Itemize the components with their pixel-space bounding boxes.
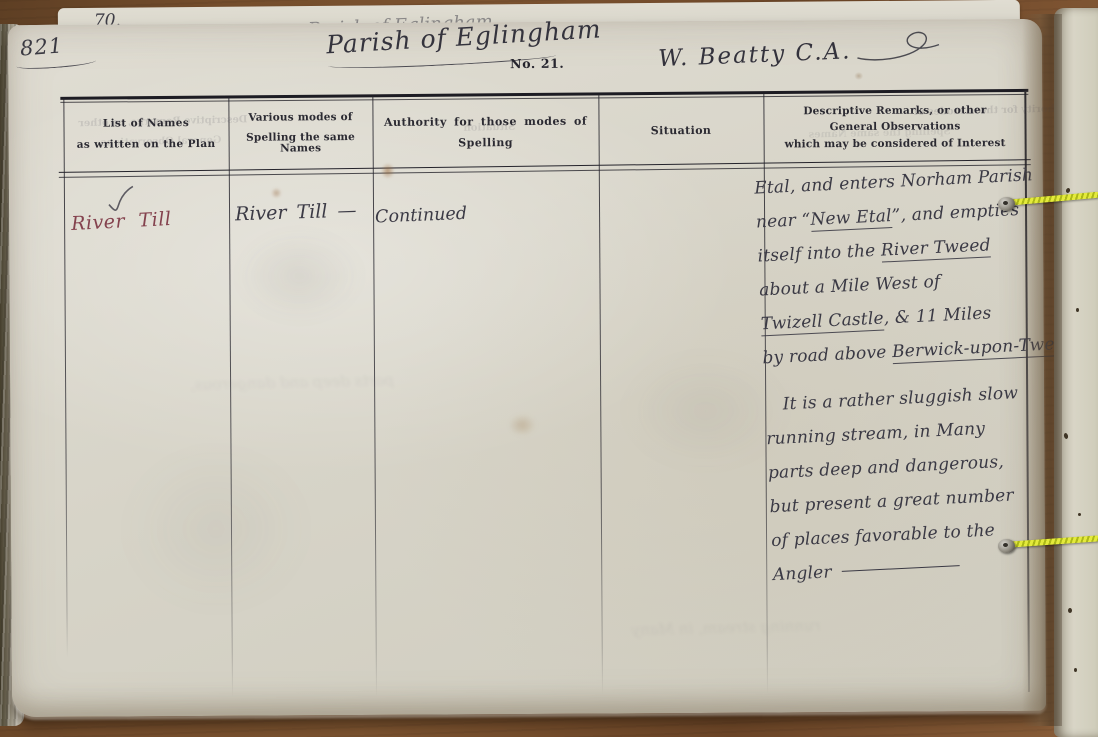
document-page: 821 Parish of Eglingham No. 21. W. Beatt… [8, 19, 1046, 717]
facing-page-edge [1054, 8, 1098, 737]
remarks-underlined-place: New Etal [810, 206, 892, 232]
remarks-underlined-place: Twizell Castle [760, 309, 884, 337]
paper-speck [1063, 433, 1068, 440]
bleedthrough-writing: running stream, in Many [631, 617, 820, 639]
row-spelling: River Till — [235, 199, 357, 225]
remarks-text: , & 11 Miles [883, 303, 992, 328]
descriptive-remarks: Etal, and enters Norham Parish near “New… [754, 164, 1074, 599]
remarks-underlined-place: River Tweed [880, 235, 991, 262]
name-book-photo: 82 70. Parish of Eglingham 821 Parish of… [0, 0, 1098, 737]
column-header-remarks: Descriptive Remarks, or other General Ob… [763, 93, 1026, 163]
row-name-on-plan: River Till [71, 208, 172, 235]
column-header-authority-line2: Spelling [458, 137, 513, 149]
surveyor-signature-text: W. Beatty C.A. [658, 38, 852, 72]
foxing-dot [854, 72, 863, 80]
column-header-names-line1: List of Names [103, 119, 189, 131]
column-divider-1 [228, 97, 233, 697]
bleedthrough-writing: parts deep and dangerous, [190, 371, 394, 394]
remarks-text: Angler [772, 562, 832, 585]
column-header-names: List of Names as written on the Plan [63, 100, 228, 169]
paper-speck [1078, 513, 1081, 516]
table-left-rule [63, 98, 68, 658]
column-header-situation-label: Situation [651, 125, 712, 137]
column-header-situation: Situation [598, 97, 763, 166]
remarks-text: Etal, and enters Norham Parish [754, 165, 1034, 198]
column-header-remarks-line3: which may be considered of Interest [785, 138, 1006, 150]
paper-stain [508, 414, 536, 436]
paper-smudge [120, 443, 311, 614]
column-header-spelling-line2: Spelling the same Names [229, 132, 373, 155]
column-header-remarks-line1: Descriptive Remarks, or other [803, 106, 986, 118]
surveyor-signature: W. Beatty C.A. [657, 27, 941, 73]
column-header-names-line2: as written on the Plan [77, 138, 216, 150]
signature-flourish [855, 27, 942, 64]
paper-speck [1076, 308, 1079, 312]
paper-smudge [234, 228, 365, 324]
column-header-authority-line1: Authority for those modes of [384, 116, 587, 129]
column-divider-2 [372, 96, 377, 696]
angler-dash-rule [842, 565, 960, 572]
column-divider-3 [598, 95, 603, 695]
page-number: 821 [19, 33, 64, 60]
column-header-remarks-line2: General Observations [830, 122, 961, 134]
remarks-text: near “ [755, 210, 810, 233]
form-number: No. 21. [510, 56, 564, 71]
row-authority: Continued [375, 204, 468, 228]
paper-speck [1068, 608, 1072, 613]
column-header-authority: Authority for those modes of Spelling [372, 98, 598, 167]
paper-speck [1065, 187, 1070, 193]
string-grommet-bottom [998, 539, 1015, 553]
column-header-spelling: Various modes of Spelling the same Names [228, 99, 372, 168]
column-header-spelling-line1: Various modes of [248, 112, 352, 124]
ink-stain [271, 187, 282, 198]
paper-speck [1074, 668, 1077, 672]
string-grommet-top [998, 197, 1015, 211]
